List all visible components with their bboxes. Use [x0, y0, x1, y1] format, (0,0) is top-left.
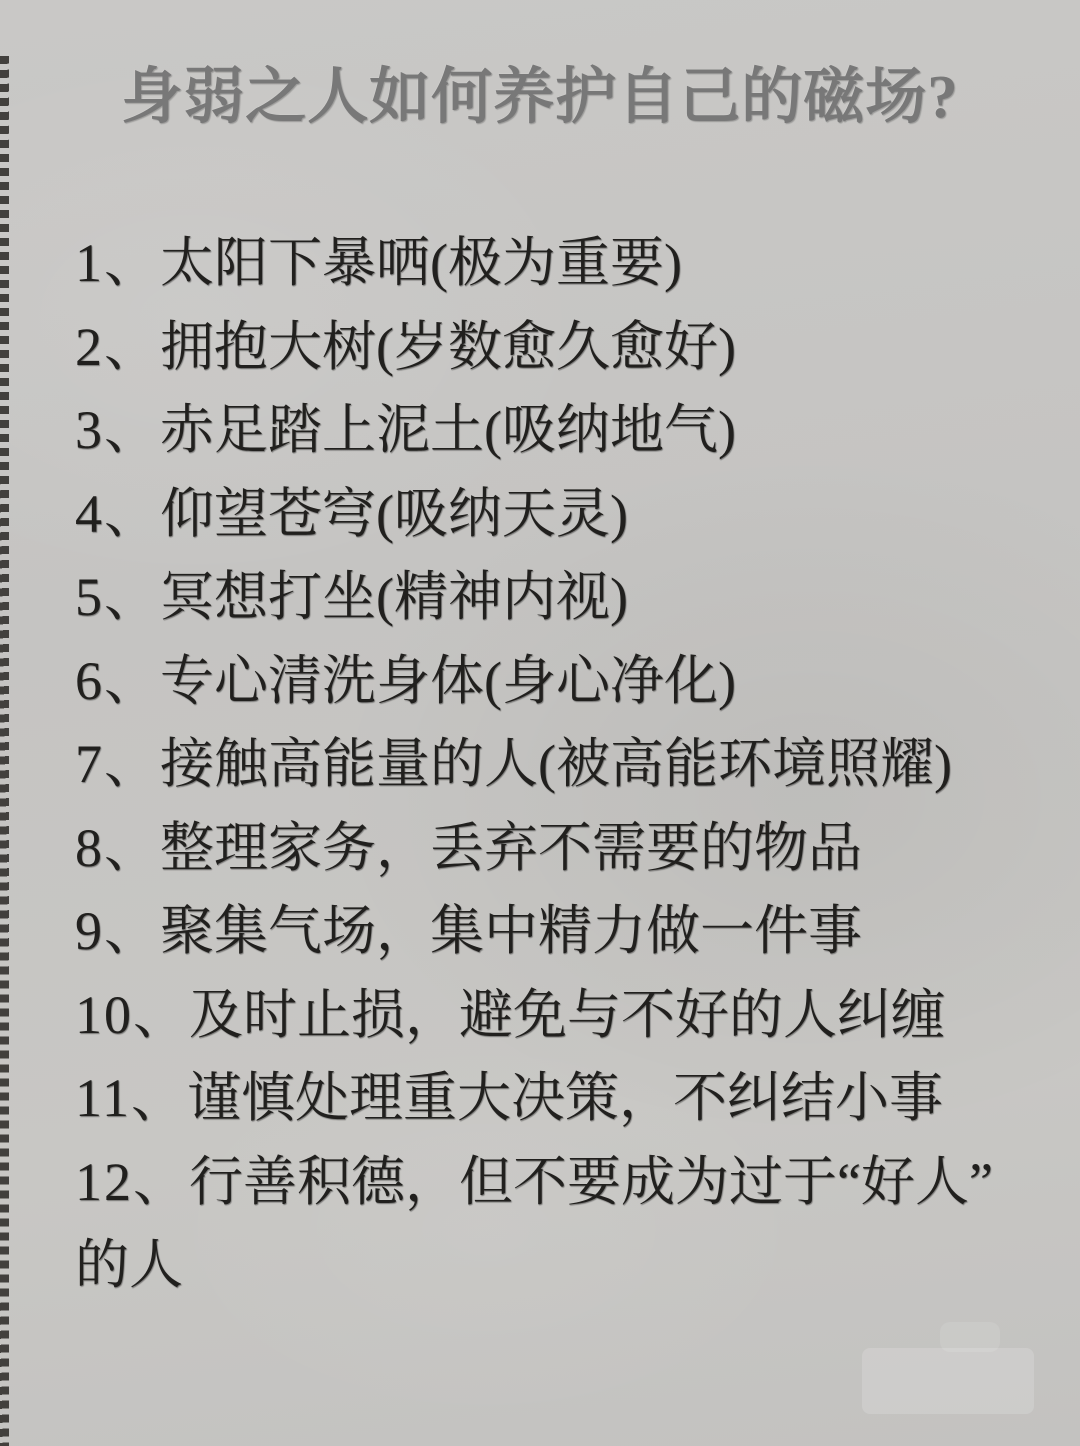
list-item: 11、谨慎处理重大决策，不纠结小事 — [75, 1057, 1065, 1141]
list-item: 2、拥抱大树(岁数愈久愈好) — [75, 306, 1065, 390]
list-item-number: 4、 — [75, 484, 160, 544]
list-item: 7、接触高能量的人(被高能环境照耀) — [75, 723, 1065, 807]
list-item: 9、聚集气场，集中精力做一件事 — [75, 890, 1065, 974]
list-item: 1、太阳下暴哂(极为重要) — [75, 222, 1065, 306]
list-item-text: 行善积德，但不要成为过于“好人” — [189, 1152, 993, 1212]
list-item-12-continuation: 的人 — [75, 1224, 1065, 1308]
list-item: 3、赤足踏上泥土(吸纳地气) — [75, 389, 1065, 473]
list-item-text: 整理家务，丢弃不需要的物品 — [160, 818, 862, 878]
list-item-text: 专心清洗身体(身心净化) — [160, 651, 736, 711]
list-item-text: 仰望苍穹(吸纳天灵) — [160, 484, 628, 544]
list-item-number: 8、 — [75, 818, 160, 878]
list-item-text: 冥想打坐(精神内视) — [160, 567, 628, 627]
list-item-text: 及时止损，避免与不好的人纠缠 — [189, 985, 945, 1045]
list-item-text: 聚集气场，集中精力做一件事 — [160, 901, 862, 961]
list-item-number: 10、 — [75, 985, 189, 1045]
list-item-number: 3、 — [75, 400, 160, 460]
list-item-text: 拥抱大树(岁数愈久愈好) — [160, 317, 736, 377]
numbered-list: 1、太阳下暴哂(极为重要) 2、拥抱大树(岁数愈久愈好) 3、赤足踏上泥土(吸纳… — [75, 222, 1065, 1308]
list-item: 6、专心清洗身体(身心净化) — [75, 640, 1065, 724]
paper-light-patch — [862, 1348, 1034, 1414]
list-item-text: 赤足踏上泥土(吸纳地气) — [160, 400, 736, 460]
list-item-number: 11、 — [75, 1068, 187, 1128]
list-item: 12、行善积德，但不要成为过于“好人” — [75, 1141, 1065, 1225]
photographed-page: 身弱之人如何养护自己的磁场? 1、太阳下暴哂(极为重要) 2、拥抱大树(岁数愈久… — [0, 0, 1080, 1446]
list-item-number: 7、 — [75, 734, 160, 794]
torn-notebook-edge — [0, 56, 9, 1446]
list-item: 8、整理家务，丢弃不需要的物品 — [75, 807, 1065, 891]
list-item-text: 太阳下暴哂(极为重要) — [160, 233, 682, 293]
list-item: 10、及时止损，避免与不好的人纠缠 — [75, 974, 1065, 1058]
list-item-text: 接触高能量的人(被高能环境照耀) — [160, 734, 952, 794]
list-item-number: 5、 — [75, 567, 160, 627]
list-item-number: 12、 — [75, 1152, 189, 1212]
page-title: 身弱之人如何养护自己的磁场? — [0, 48, 1080, 135]
list-item-number: 1、 — [75, 233, 160, 293]
list-item-number: 2、 — [75, 317, 160, 377]
list-item: 4、仰望苍穹(吸纳天灵) — [75, 473, 1065, 557]
list-item: 5、冥想打坐(精神内视) — [75, 556, 1065, 640]
list-item-text: 谨慎处理重大决策，不纠结小事 — [187, 1068, 943, 1128]
list-item-number: 6、 — [75, 651, 160, 711]
list-item-number: 9、 — [75, 901, 160, 961]
